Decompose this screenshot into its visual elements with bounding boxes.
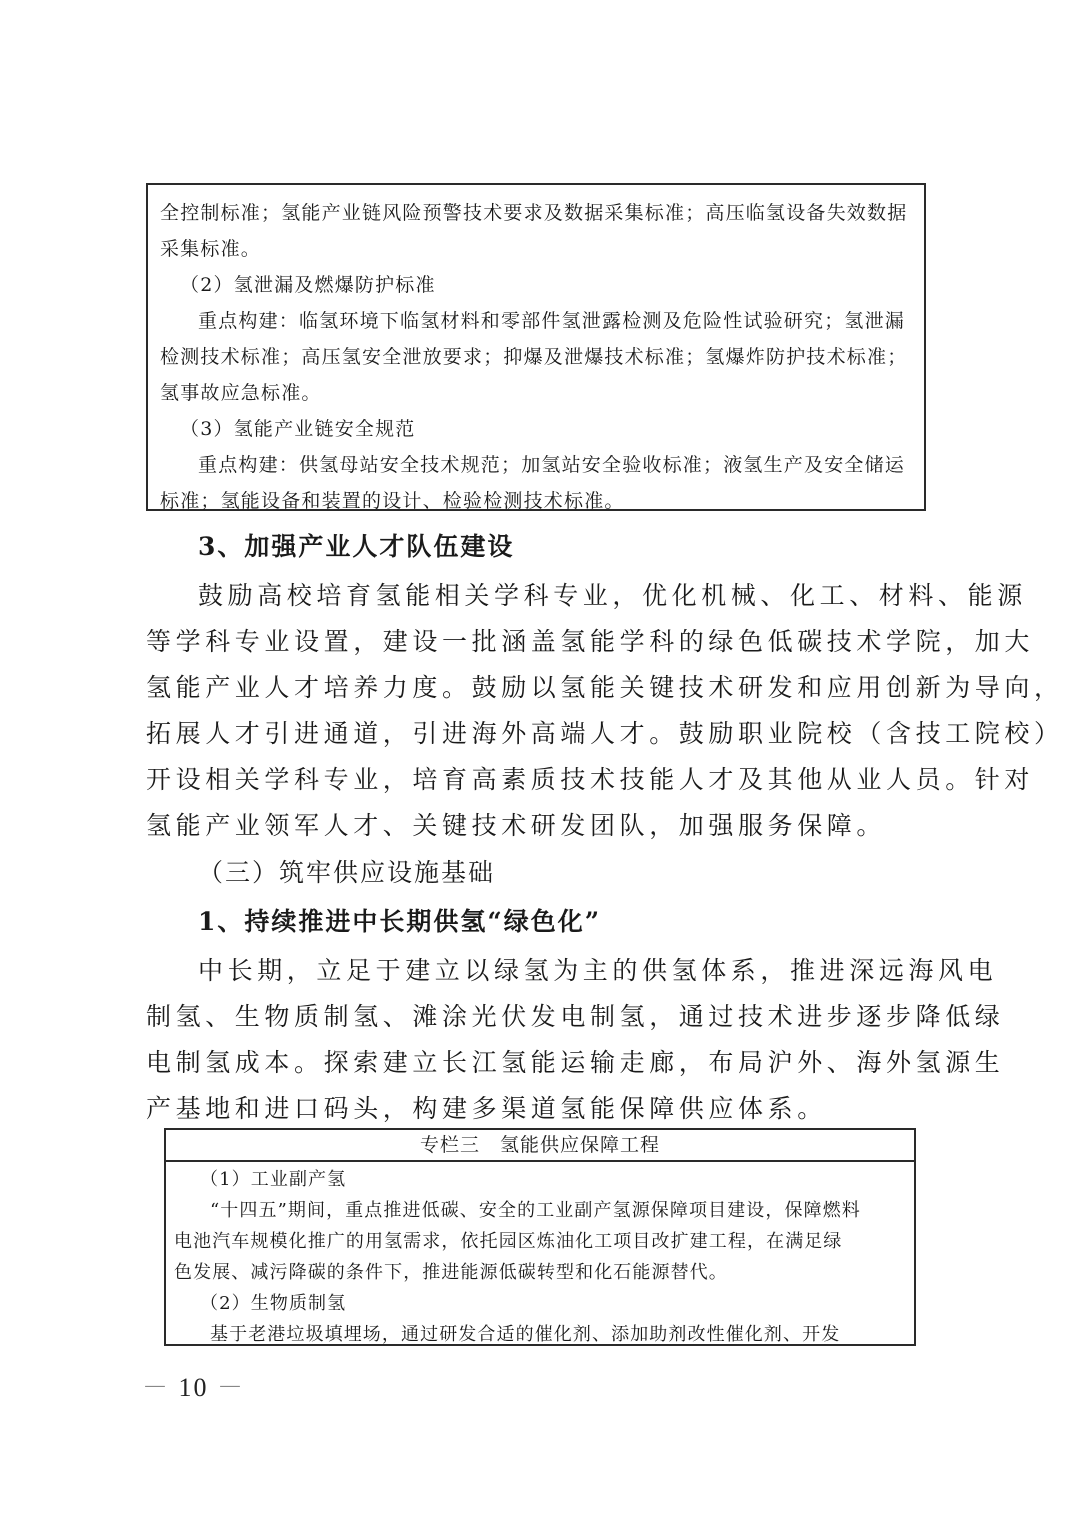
box-text-line: “十四五”期间，重点推进低碳、安全的工业副产氢源保障项目建设，保障燃料 <box>174 1195 906 1226</box>
standards-box: 全控制标准；氢能产业链风险预警技术要求及数据采集标准；高压临氢设备失效数据 采集… <box>146 183 926 511</box>
box-item-title: （2）氢泄漏及燃爆防护标准 <box>160 267 912 303</box>
box-text-line: 基于老港垃圾填埋场，通过研发合适的催化剂、添加助剂改性催化剂、开发 <box>174 1319 906 1350</box>
body-text-line: 开设相关学科专业，培育高素质技术技能人才及其他从业人员。针对 <box>146 760 1034 796</box>
column-box-title: 专栏三 氢能供应保障工程 <box>166 1130 914 1162</box>
box-item-title: （2）生物质制氢 <box>174 1288 906 1319</box>
page-number-value: 10 <box>179 1373 209 1402</box>
box-item-title: （3）氢能产业链安全规范 <box>160 411 912 447</box>
box-text-line: 电池汽车规模化推广的用氢需求，依托园区炼油化工项目改扩建工程，在满足绿 <box>174 1226 906 1257</box>
box-text-line: 重点构建：临氢环境下临氢材料和零部件氢泄露检测及危险性试验研究；氢泄漏 <box>160 303 912 339</box>
body-text-line: 拓展人才引进通道，引进海外高端人才。鼓励职业院校（含技工院校） <box>146 714 1064 750</box>
box-item-title: （1）工业副产氢 <box>174 1164 906 1195</box>
box-text-line: 氢事故应急标准。 <box>160 375 912 411</box>
page-dash-left: － <box>142 1373 170 1402</box>
body-text-line: 氢能产业领军人才、关键技术研发团队，加强服务保障。 <box>146 806 886 842</box>
box-text-line: 全控制标准；氢能产业链风险预警技术要求及数据采集标准；高压临氢设备失效数据 <box>160 195 912 231</box>
box-text-line: 采集标准。 <box>160 231 912 267</box>
body-text-line: 电制氢成本。探索建立长江氢能运输走廊，布局沪外、海外氢源生 <box>146 1043 1004 1079</box>
body-text-line: 鼓励高校培育氢能相关学科专业，优化机械、化工、材料、能源 <box>198 576 1027 612</box>
page-dash-right: － <box>217 1373 245 1402</box>
body-text-line: 中长期，立足于建立以绿氢为主的供氢体系，推进深远海风电 <box>198 951 997 987</box>
body-text-line: 制氢、生物质制氢、滩涂光伏发电制氢，通过技术进步逐步降低绿 <box>146 997 1004 1033</box>
chapter-title: （三）筑牢供应设施基础 <box>198 853 495 889</box>
body-text-line: 氢能产业人才培养力度。鼓励以氢能关键技术研发和应用创新为导向， <box>146 668 1064 704</box>
body-text-line: 等学科专业设置，建设一批涵盖氢能学科的绿色低碳技术学院，加大 <box>146 622 1034 658</box>
column-box-3: 专栏三 氢能供应保障工程 （1）工业副产氢 “十四五”期间，重点推进低碳、安全的… <box>164 1128 916 1346</box>
box-text-line: 色发展、减污降碳的条件下，推进能源低碳转型和化石能源替代。 <box>174 1257 906 1288</box>
box-text-line: 标准；氢能设备和装置的设计、检验检测技术标准。 <box>160 483 912 519</box>
section-heading: 3、加强产业人才队伍建设 <box>198 527 514 563</box>
page-number: － 10 － <box>142 1367 245 1404</box>
box-text-line: 检测技术标准；高压氢安全泄放要求；抑爆及泄爆技术标准；氢爆炸防护技术标准； <box>160 339 912 375</box>
box-text-line: 重点构建：供氢母站安全技术规范；加氢站安全验收标准；液氢生产及安全储运 <box>160 447 912 483</box>
section-heading: 1、持续推进中长期供氢“绿色化” <box>198 902 601 938</box>
document-page: 全控制标准；氢能产业链风险预警技术要求及数据采集标准；高压临氢设备失效数据 采集… <box>0 0 1080 1527</box>
body-text-line: 产基地和进口码头，构建多渠道氢能保障供应体系。 <box>146 1089 827 1125</box>
